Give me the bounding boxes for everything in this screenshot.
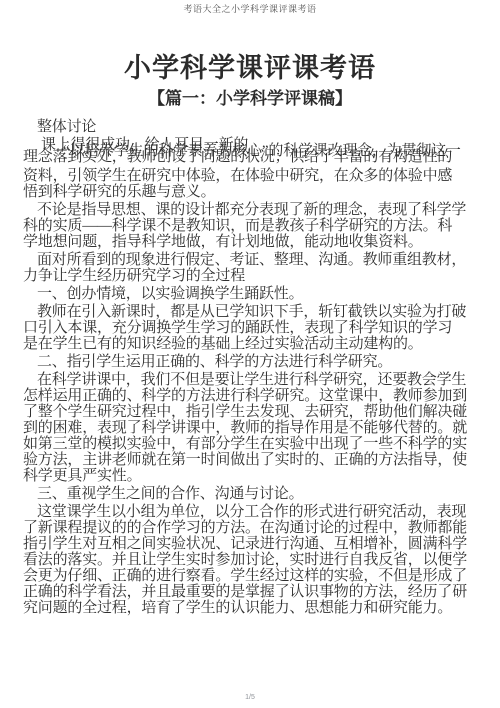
paragraph: 资料，引领学生在研究中体验，在体验中研究，在众多的体验中感悟到科学研究的乐趣与意… (23, 168, 470, 200)
paragraph-line: 怎样运用正确的、科学的方法进行科学研究。这堂课中，教师参加到 (23, 388, 470, 404)
paragraph-line: 在科学讲课中，我们不但是要让学生进行科学研究，还要教会学生 (23, 372, 470, 388)
paragraph-line: 不论是指导思想、课的设计都充分表现了新的理念，表现了科学学 (23, 202, 470, 218)
paragraph-line: 了整个学生研究过程中，指引学生去发现、去研究，帮助他们解决碰 (23, 404, 470, 420)
document-body: 整体讨论 课上得很成功，给人耳目一新的 “以培养学生的科学素养为核心”的科学课改… (0, 119, 500, 616)
paragraph-line: 这堂课学生以小组为单位，以分工合作的形式进行研究活动，表现 (23, 504, 470, 520)
paragraph: 二、指引学生运用正确的、科学的方法进行科学研究。 (23, 354, 470, 370)
paragraph-line: 指引学生对互相之间实验状况、记录进行沟通、互相增补，圆满科学 (23, 536, 470, 552)
paragraph-line: 看法的落实。并且让学生实时参加讨论，实时进行自我反省，以便学 (23, 552, 470, 568)
paragraph-line: 验方法，主讲老师就在第一时间做出了实时的、正确的方法指导，使 (23, 452, 470, 468)
paragraph-line: 科的实质——科学课不是教知识，而是教孩子科学研究的方法。科 (23, 218, 470, 234)
paragraph: 面对所看到的现象进行假定、考证、整理、沟通。教师重组教材，力争让学生经历研究学习… (23, 252, 470, 284)
paragraph: 在科学讲课中，我们不但是要让学生进行科学研究，还要教会学生怎样运用正确的、科学的… (23, 372, 470, 484)
paragraph-line: 口引入本课，充分调换学生学习的踊跃性，表现了科学知识的学习 (23, 320, 470, 336)
paragraph: 教师在引入新课时，都是从已学知识下手，斩钉截铁以实验为打破口引入本课，充分调换学… (23, 304, 470, 352)
paragraph-line: 了新课程提议的的合作学习的方法。在沟通讨论的过程中，教师都能 (23, 520, 470, 536)
paragraph-line: 悟到科学研究的乐趣与意义。 (23, 184, 470, 200)
paragraph-line: 三、重视学生之间的合作、沟通与讨论。 (23, 486, 470, 502)
document-header: 考语大全之小学科学课评课考语 (0, 0, 500, 15)
overlap-text-block: 课上得很成功，给人耳目一新的 “以培养学生的科学素养为核心”的科学课改理念，为贯… (23, 137, 470, 168)
paragraph-line: 正确的科学看法，并且最重要的是掌握了认识事物的方法，经历了研 (23, 584, 470, 600)
section-title: 【篇一：小学科学评课稿】 (0, 88, 500, 110)
lead-paragraph-line: 整体讨论 (23, 119, 470, 135)
paragraph: 一、创办情境，以实验调换学生踊跃性。 (23, 286, 470, 302)
paragraph-line: 一、创办情境，以实验调换学生踊跃性。 (23, 286, 470, 302)
page-number: 1/5 (0, 694, 500, 701)
paragraph-line: 到的困难，表现了科学讲课中，教师的指导作用是不能够代替的。就 (23, 420, 470, 436)
paragraph-line: 力争让学生经历研究学习的全过程 (23, 268, 470, 284)
paragraph-line: 面对所看到的现象进行假定、考证、整理、沟通。教师重组教材， (23, 252, 470, 268)
paragraph-line: 学地想问题，指导科学地做，有计划地做，能动地收集资料。 (23, 234, 470, 250)
paragraph-line: 资料，引领学生在研究中体验，在体验中研究，在众多的体验中感 (23, 168, 470, 184)
paragraph: 不论是指导思想、课的设计都充分表现了新的理念，表现了科学学科的实质——科学课不是… (23, 202, 470, 250)
lead-paragraph: 整体讨论 (23, 119, 470, 135)
document-page: 考语大全之小学科学课评课考语 小学科学课评课考语 【篇一：小学科学评课稿】 整体… (0, 0, 500, 708)
paragraph-line: 如第三堂的模拟实验中，有部分学生在实验中出现了一些不科学的实 (23, 436, 470, 452)
paragraph-line: 科学更具严实性。 (23, 468, 470, 484)
paragraph-line: 二、指引学生运用正确的、科学的方法进行科学研究。 (23, 354, 470, 370)
paragraph: 这堂课学生以小组为单位，以分工合作的形式进行研究活动，表现了新课程提议的的合作学… (23, 504, 470, 616)
paragraph-line: 是在学生已有的知识经验的基础上经过实验活动主动建构的。 (23, 336, 470, 352)
paragraph-line: 教师在引入新课时，都是从已学知识下手，斩钉截铁以实验为打破 (23, 304, 470, 320)
paragraph: 三、重视学生之间的合作、沟通与讨论。 (23, 486, 470, 502)
overlap-line-bottom: 理念落到实处，教师创设了问题的状况；供给了丰富的有构造性的 (23, 149, 452, 165)
paragraphs-container: 资料，引领学生在研究中体验，在体验中研究，在众多的体验中感悟到科学研究的乐趣与意… (23, 168, 470, 616)
paragraph-line: 究问题的全过程，培育了学生的认识能力、思想能力和研究能力。 (23, 600, 470, 616)
page-title: 小学科学课评课考语 (0, 51, 500, 85)
paragraph-line: 会更为仔细、正确的进行察看。学生经过这样的实验，不但是形成了 (23, 568, 470, 584)
